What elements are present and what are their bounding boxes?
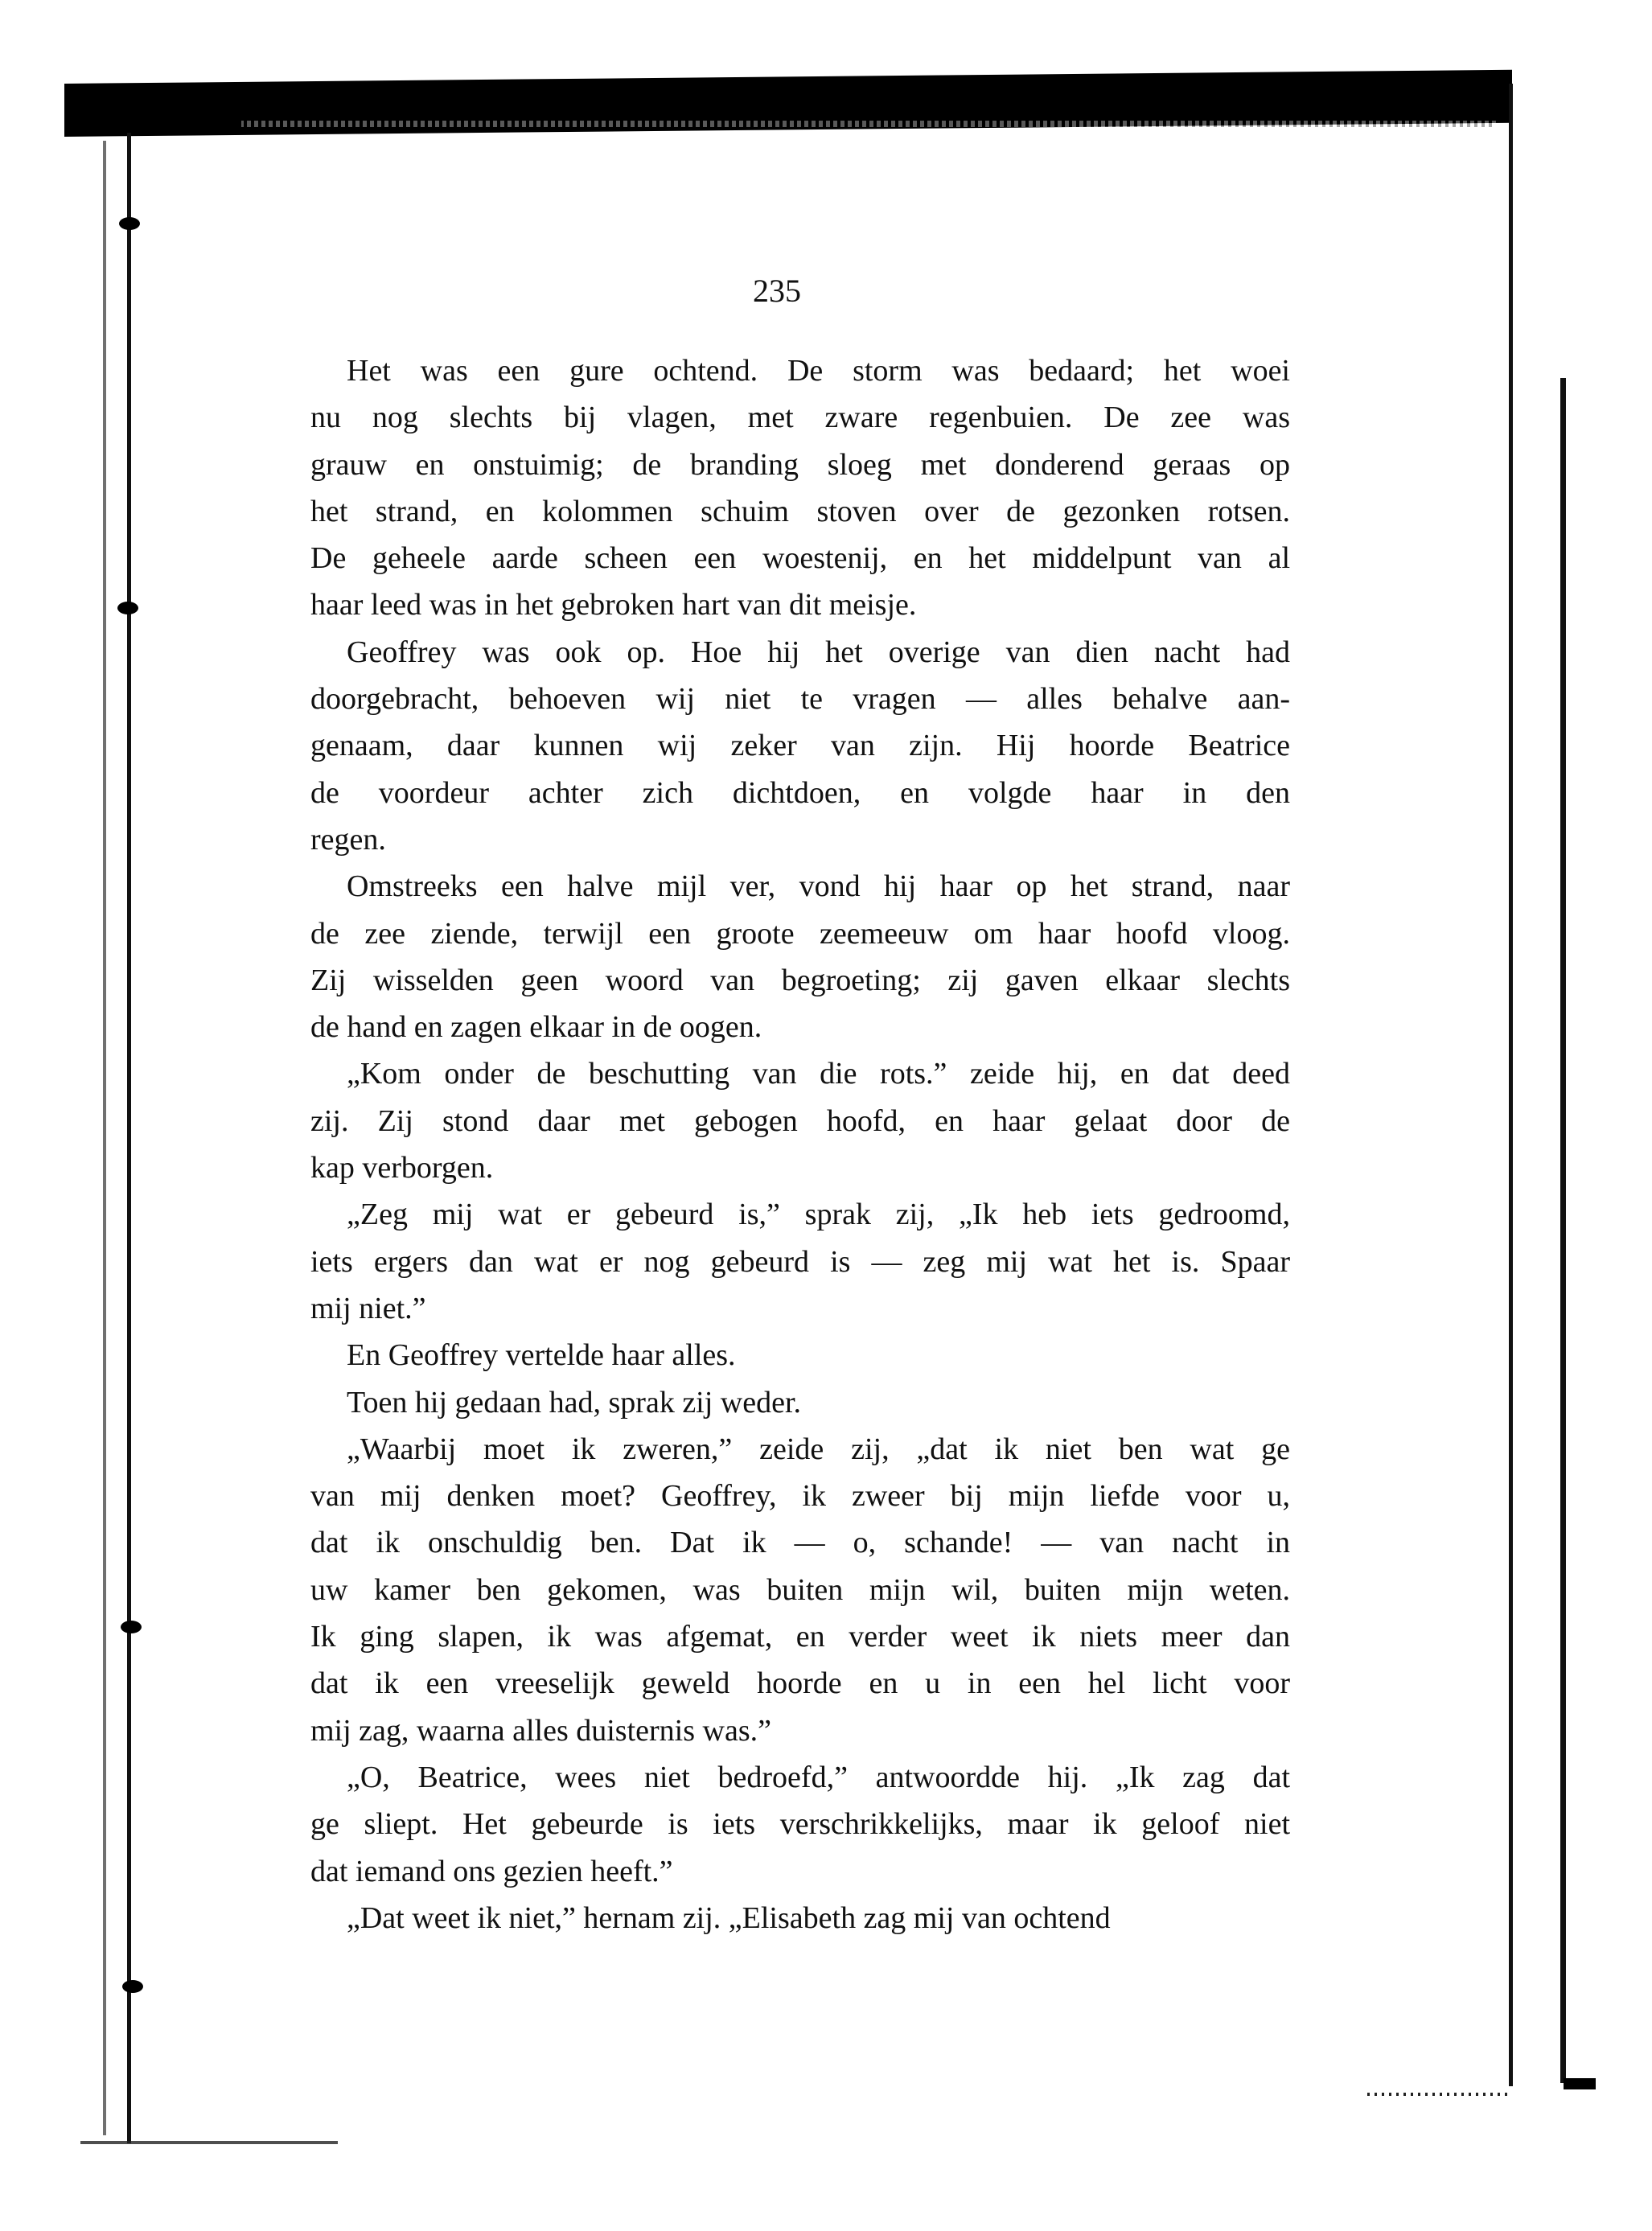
page-bottom-noise [1367,2093,1510,2096]
page-right-edge [1509,84,1513,2086]
text-line: dat ik onschuldig ben. Dat ik — o, schan… [310,1519,1290,1566]
text-line: nu nog slechts bij vlagen, met zware reg… [310,394,1290,441]
paragraph: En Geoffrey vertelde haar alles. [310,1332,1290,1378]
paragraph: Toen hij gedaan had, sprak zij weder. [310,1379,1290,1426]
page-number: 235 [0,272,1554,310]
book-binding-shadow [103,141,106,2135]
text-line: van mij denken moet? Geoffrey, ik zweer … [310,1473,1290,1519]
text-line: En Geoffrey vertelde haar alles. [310,1332,1290,1378]
binding-mark [121,1621,142,1633]
text-line: het strand, en kolommen schuim stoven ov… [310,488,1290,535]
paragraph: Omstreeks een halve mijl ver, vond hij h… [310,863,1290,1050]
text-line: genaam, daar kunnen wij zeker van zijn. … [310,722,1290,769]
binding-mark [119,217,140,230]
paragraph: Geoffrey was ook op. Hoe hij het overige… [310,629,1290,863]
text-line: „Dat weet ik niet,” hernam zij. „Elisabe… [310,1895,1290,1941]
text-line: Het was een gure ochtend. De storm was b… [310,347,1290,394]
page-bottom-edge [80,2141,338,2144]
paragraph: „Waarbij moet ik zweren,” zeide zij, „da… [310,1426,1290,1754]
text-line: iets ergers dan wat er nog gebeurd is — … [310,1239,1290,1285]
scan-top-edge-grain [241,121,1496,127]
text-line: „O, Beatrice, wees niet bedroefd,” antwo… [310,1754,1290,1801]
text-line: „Zeg mij wat er gebeurd is,” sprak zij, … [310,1191,1290,1238]
paragraph: „O, Beatrice, wees niet bedroefd,” antwo… [310,1754,1290,1895]
text-line: de hand en zagen elkaar in de oogen. [310,1004,1290,1050]
text-line: dat ik een vreeselijk geweld hoorde en u… [310,1660,1290,1707]
text-line: regen. [310,816,1290,863]
binding-mark [117,602,138,614]
text-line: mij niet.” [310,1285,1290,1332]
body-text: Het was een gure ochtend. De storm was b… [310,347,1290,1941]
text-line: Toen hij gedaan had, sprak zij weder. [310,1379,1290,1426]
text-line: Zij wisselden geen woord van begroeting;… [310,957,1290,1004]
paragraph: „Zeg mij wat er gebeurd is,” sprak zij, … [310,1191,1290,1332]
paragraph: Het was een gure ochtend. De storm was b… [310,347,1290,629]
text-line: Geoffrey was ook op. Hoe hij het overige… [310,629,1290,676]
paragraph: „Dat weet ik niet,” hernam zij. „Elisabe… [310,1895,1290,1941]
text-line: De geheele aarde scheen een woestenij, e… [310,535,1290,581]
text-line: kap verborgen. [310,1144,1290,1191]
text-line: grauw en onstuimig; de branding sloeg me… [310,442,1290,488]
text-line: dat iemand ons gezien heeft.” [310,1848,1290,1895]
text-line: uw kamer ben gekomen, was buiten mijn wi… [310,1567,1290,1613]
text-line: ge sliept. Het gebeurde is iets verschri… [310,1801,1290,1847]
text-line: Ik ging slapen, ik was afgemat, en verde… [310,1613,1290,1660]
text-line: zij. Zij stond daar met gebogen hoofd, e… [310,1098,1290,1144]
text-line: de voordeur achter zich dichtdoen, en vo… [310,770,1290,816]
text-line: Omstreeks een halve mijl ver, vond hij h… [310,863,1290,910]
text-line: mij zag, waarna alles duisternis was.” [310,1707,1290,1754]
page-corner-mark [1564,2078,1596,2089]
text-line: doorgebracht, behoeven wij niet te vrage… [310,676,1290,722]
binding-mark [122,1980,143,1993]
scanned-book-page: 235 Het was een gure ochtend. De storm w… [0,0,1652,2231]
paragraph: „Kom onder de beschutting van die rots.”… [310,1050,1290,1191]
text-line: haar leed was in het gebroken hart van d… [310,581,1290,628]
page-stack-edge [1560,378,1566,2083]
book-binding-edge [127,133,131,2143]
text-line: „Waarbij moet ik zweren,” zeide zij, „da… [310,1426,1290,1473]
text-line: „Kom onder de beschutting van die rots.”… [310,1050,1290,1097]
text-line: de zee ziende, terwijl een groote zeemee… [310,910,1290,957]
